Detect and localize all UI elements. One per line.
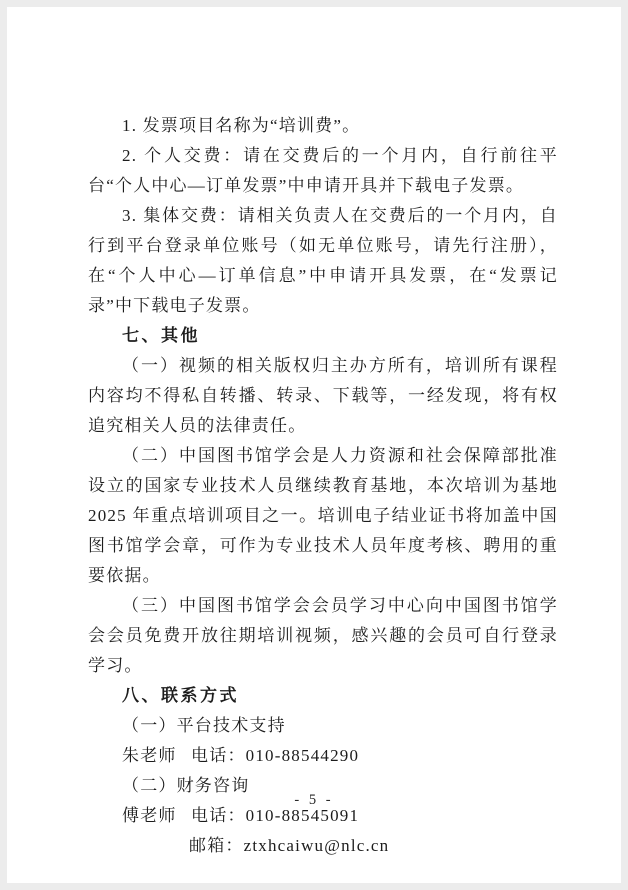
paragraph-invoice-item: 1. 发票项目名称为“培训费”。 — [88, 111, 558, 141]
paragraph-certificate-info: （二）中国图书馆学会是人力资源和社会保障部批准设立的国家专业技术人员继续教育基地… — [88, 441, 558, 591]
paragraph-copyright-notice: （一）视频的相关版权归主办方所有，培训所有课程内容均不得私自转播、转录、下载等，… — [88, 351, 558, 441]
page-number: - 5 - — [0, 792, 628, 809]
contact-tech-support-label: （一）平台技术支持 — [88, 711, 558, 741]
document-page: 1. 发票项目名称为“培训费”。 2. 个人交费：请在交费后的一个月内，自行前往… — [0, 0, 628, 890]
paragraph-group-payment: 3. 集体交费：请相关负责人在交费后的一个月内，自行到平台登录单位账号（如无单位… — [88, 201, 558, 321]
contact-phone-number: 电话：010-88544290 — [191, 746, 359, 765]
document-body: 1. 发票项目名称为“培训费”。 2. 个人交费：请在交费后的一个月内，自行前往… — [88, 111, 558, 861]
paragraph-personal-payment: 2. 个人交费：请在交费后的一个月内，自行前往平台“个人中心—订单发票”中申请开… — [88, 141, 558, 201]
contact-person-name: 朱老师 — [122, 746, 177, 765]
contact-tech-support-line: 朱老师电话：010-88544290 — [88, 741, 558, 771]
contact-email-line: 邮箱：ztxhcaiwu@nlc.cn — [189, 831, 558, 861]
paragraph-member-videos: （三）中国图书馆学会会员学习中心向中国图书馆学会会员免费开放往期培训视频，感兴趣… — [88, 591, 558, 681]
heading-section-others: 七、其他 — [88, 321, 558, 351]
heading-section-contact: 八、联系方式 — [88, 681, 558, 711]
